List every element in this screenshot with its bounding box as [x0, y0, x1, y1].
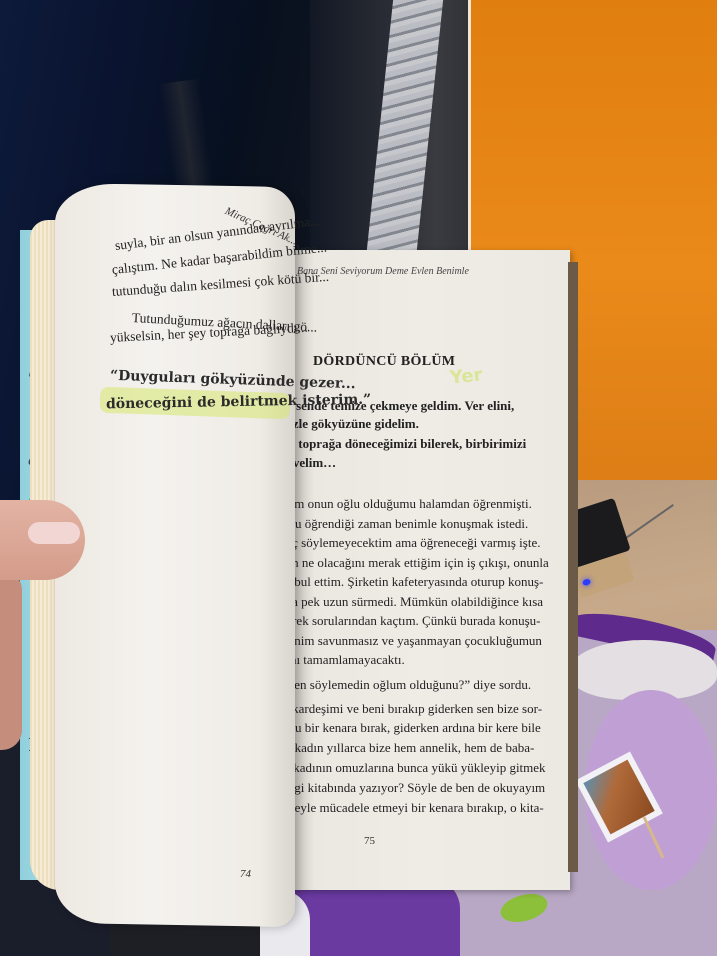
body-line: rını tamamlamayacaktı.: [282, 652, 567, 668]
body-line: i, kardeşimi ve beni bırakıp giderken se…: [282, 701, 567, 717]
body-line: O kadın yıllarca bize hem annelik, hem d…: [282, 740, 567, 756]
right-page-edge: [568, 262, 578, 872]
body-line: bam onun oğlu olduğumu halamdan öğrenmiş…: [282, 496, 567, 512]
epigraph-line: en toprağa döneceğimizi bilerek, birbiri…: [282, 436, 567, 452]
thumbnail: [28, 522, 80, 544]
body-line: unu bir kenara bırak, giderken ardına bi…: [282, 720, 567, 736]
body-line: ma pek uzun sürmedi. Mümkün olabildiğinc…: [282, 594, 567, 610]
hand-palm: [0, 570, 22, 750]
body-line: angi kitabında yazıyor? Söyle de ben de …: [282, 780, 567, 796]
router-led-icon: [582, 578, 591, 586]
body-line: rerek sorularından kaçtım. Çünkü burada …: [282, 613, 567, 629]
pen-annotation: Yer: [449, 364, 483, 388]
body-line: hiç söylemeyecektim ama öğreneceği varmı…: [282, 535, 567, 551]
epigraph-line: nizle gökyüzüne gidelim.: [282, 416, 567, 432]
body-line: ir kadının omuzlarına bunca yükü yükleyi…: [282, 760, 567, 776]
epigraph-line: sevelim…: [282, 455, 567, 471]
body-line: kabul ettim. Şirketin kafeteryasında otu…: [282, 574, 567, 590]
page-number-left: 74: [240, 868, 251, 880]
page-number-right: 75: [364, 835, 375, 847]
photo-scene: Te a Ci M Bana Seni Seviyorum Deme Evlen…: [0, 0, 717, 956]
body-line: benim savunmasız ve yaşanmayan çocukluğu…: [282, 633, 567, 649]
body-line: unu öğrendiği zaman benimle konuşmak ist…: [282, 516, 567, 532]
body-line: r şeyle mücadele etmeyi bir kenara bırak…: [282, 800, 567, 816]
body-line: eden söylemedin oğlum olduğunu?” diye so…: [282, 677, 567, 693]
body-line: nin ne olacağını merak ettiğim için iş ç…: [282, 555, 567, 571]
chapter-title: DÖRDÜNCÜ BÖLÜM: [313, 354, 455, 370]
